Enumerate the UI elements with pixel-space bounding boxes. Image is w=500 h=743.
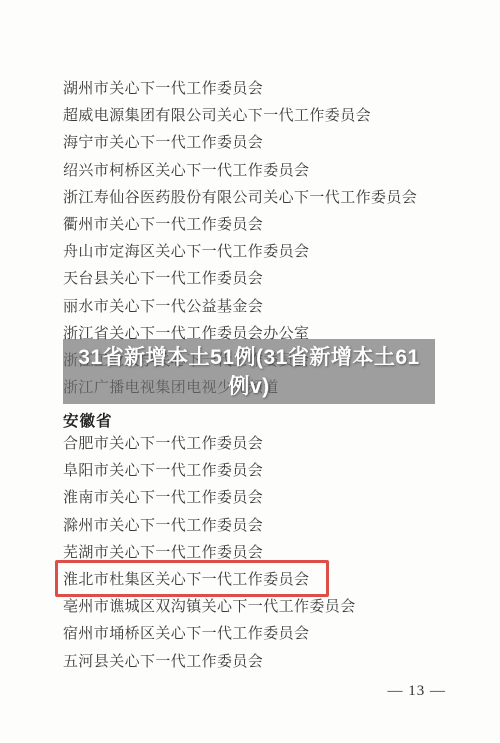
page-number: — 13 — <box>388 683 447 700</box>
headline-text-line1: 31省新增本土51例(31省新增本土61 <box>78 343 419 372</box>
list-item-text: 天台县关心下一代工作委员会 <box>63 267 263 288</box>
list-item: 湖州市关心下一代工作委员会 <box>0 74 500 101</box>
list-item-text: 亳州市谯城区双沟镇关心下一代工作委员会 <box>63 595 356 616</box>
list-item-text: 丽水市关心下一代公益基金会 <box>63 295 263 316</box>
list-item-text: 浙江寿仙谷医药股份有限公司关心下一代工作委员会 <box>63 186 417 207</box>
list-item-text: 超威电源集团有限公司关心下一代工作委员会 <box>63 104 371 125</box>
list-item: 衢州市关心下一代工作委员会 <box>0 210 500 237</box>
list-item-text: 五河县关心下一代工作委员会 <box>63 650 263 671</box>
list-item: 滁州市关心下一代工作委员会 <box>0 511 500 538</box>
headline-text-line2: 例v) <box>228 372 269 401</box>
list-item: 超威电源集团有限公司关心下一代工作委员会 <box>0 101 500 128</box>
list-item: 合肥市关心下一代工作委员会 <box>0 429 500 456</box>
list-item-text: 淮北市杜集区关心下一代工作委员会 <box>63 568 309 589</box>
list-item-text: 芜湖市关心下一代工作委员会 <box>63 541 263 562</box>
list-item-text: 湖州市关心下一代工作委员会 <box>63 77 263 98</box>
list-item-text: 宿州市埇桥区关心下一代工作委员会 <box>63 622 309 643</box>
headline-overlay: 31省新增本土51例(31省新增本土61 例v) <box>63 339 435 404</box>
list-item: 宿州市埇桥区关心下一代工作委员会 <box>0 619 500 646</box>
list-item-text: 舟山市定海区关心下一代工作委员会 <box>63 240 309 261</box>
list-item-text: 滁州市关心下一代工作委员会 <box>63 514 263 535</box>
list-item-text: 阜阳市关心下一代工作委员会 <box>63 459 263 480</box>
list-item-text: 淮南市关心下一代工作委员会 <box>63 486 263 507</box>
list-item: 淮南市关心下一代工作委员会 <box>0 483 500 510</box>
list-item: 芜湖市关心下一代工作委员会 <box>0 538 500 565</box>
anhui-organization-list: 合肥市关心下一代工作委员会阜阳市关心下一代工作委员会淮南市关心下一代工作委员会滁… <box>0 429 500 674</box>
list-item: 天台县关心下一代工作委员会 <box>0 264 500 291</box>
list-item: 亳州市谯城区双沟镇关心下一代工作委员会 <box>0 592 500 619</box>
list-item-text: 海宁市关心下一代工作委员会 <box>63 131 263 152</box>
list-item-text: 绍兴市柯桥区关心下一代工作委员会 <box>63 159 309 180</box>
list-item: 绍兴市柯桥区关心下一代工作委员会 <box>0 156 500 183</box>
list-item: 丽水市关心下一代公益基金会 <box>0 292 500 319</box>
list-item: 浙江寿仙谷医药股份有限公司关心下一代工作委员会 <box>0 183 500 210</box>
list-item: 五河县关心下一代工作委员会 <box>0 647 500 674</box>
list-item: 淮北市杜集区关心下一代工作委员会 <box>0 565 500 592</box>
list-item: 阜阳市关心下一代工作委员会 <box>0 456 500 483</box>
list-item: 海宁市关心下一代工作委员会 <box>0 128 500 155</box>
list-item-text: 衢州市关心下一代工作委员会 <box>63 213 263 234</box>
scanned-document-page: 湖州市关心下一代工作委员会超威电源集团有限公司关心下一代工作委员会海宁市关心下一… <box>0 0 500 743</box>
list-item: 舟山市定海区关心下一代工作委员会 <box>0 237 500 264</box>
list-item-text: 合肥市关心下一代工作委员会 <box>63 432 263 453</box>
